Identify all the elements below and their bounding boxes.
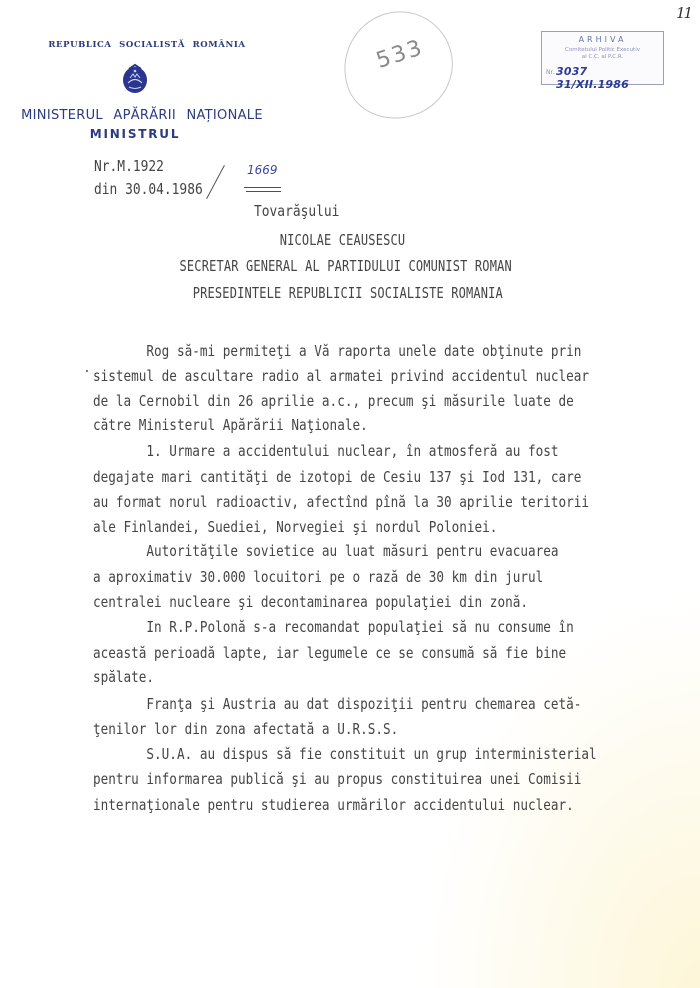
body-line: a aproximativ 30.000 locuitori pe o rază… xyxy=(93,568,543,586)
body-line: ţenilor lor din zona afectată a U.R.S.S. xyxy=(93,720,398,738)
page-number: 11 xyxy=(676,4,691,22)
body-line: centralei nucleare şi decontaminarea pop… xyxy=(93,593,528,611)
handwritten-underline xyxy=(246,191,281,192)
body-line: sistemul de ascultare radio al armatei p… xyxy=(93,367,589,385)
stamp-line-1: Comitetului Politic Executiv xyxy=(542,47,663,54)
body-line: In R.P.Polonă s-a recomandat populaţiei … xyxy=(93,618,574,636)
body-line: Rog să-mi permiteţi a Vă raporta unele d… xyxy=(93,342,581,360)
salutation: Tovarăşului xyxy=(254,202,339,220)
body-line: degajate mari cantităţi de izotopi de Ce… xyxy=(93,468,581,486)
handwritten-registration: 1669 xyxy=(247,163,278,177)
body-line: ale Finlandei, Suediei, Norvegiei şi nor… xyxy=(93,518,497,536)
body-line: această perioadă lapte, iar legumele ce … xyxy=(93,644,566,662)
margin-mark xyxy=(86,370,88,372)
addressee-title-2: PRESEDINTELE REPUBLICII SOCIALISTE ROMAN… xyxy=(0,284,698,302)
coat-of-arms-icon xyxy=(120,63,150,95)
letterhead-country: REPUBLICA SOCIALISTĂ ROMÂNIA xyxy=(32,40,262,50)
body-line: pentru informarea publică şi au propus c… xyxy=(93,770,581,788)
body-line: Franţa şi Austria au dat dispoziţii pent… xyxy=(93,695,581,713)
addressee-name: NICOLAE CEAUSESCU xyxy=(0,231,692,249)
letterhead-ministry: MINISTERUL APĂRĂRII NAȚIONALE xyxy=(12,108,272,123)
body-line: S.U.A. au dispus să fie constituit un gr… xyxy=(93,745,597,763)
body-line: 1. Urmare a accidentului nuclear, în atm… xyxy=(93,442,559,460)
handwritten-underline xyxy=(244,187,281,188)
body-line: Autorităţile sovietice au luat măsuri pe… xyxy=(93,542,559,560)
slash-mark xyxy=(206,165,225,199)
addressee-title-1: SECRETAR GENERAL AL PARTIDULUI COMUNIST … xyxy=(0,257,696,275)
body-line: au format norul radioactiv, afectînd pîn… xyxy=(93,493,589,511)
body-line: internaţionale pentru studierea urmărilo… xyxy=(93,796,574,814)
stamp-handwritten-number: 3037 31/XII.1986 xyxy=(556,65,663,91)
stamp-title: ARHIVA xyxy=(542,35,663,44)
body-line: de la Cernobil din 26 aprilie a.c., prec… xyxy=(93,392,574,410)
stamp-nr-label: Nr. xyxy=(546,69,554,76)
archive-stamp: ARHIVA Comitetului Politic Executiv al C… xyxy=(541,31,664,85)
reference-date: din 30.04.1986 xyxy=(94,180,203,198)
reference-number: Nr.M.1922 xyxy=(94,157,164,175)
letterhead-office: MINISTRUL xyxy=(85,127,185,141)
body-line: spălate. xyxy=(93,668,154,686)
stamp-line-2: al C.C. al P.C.R. xyxy=(542,54,663,61)
body-line: către Ministerul Apărării Naţionale. xyxy=(93,416,368,434)
